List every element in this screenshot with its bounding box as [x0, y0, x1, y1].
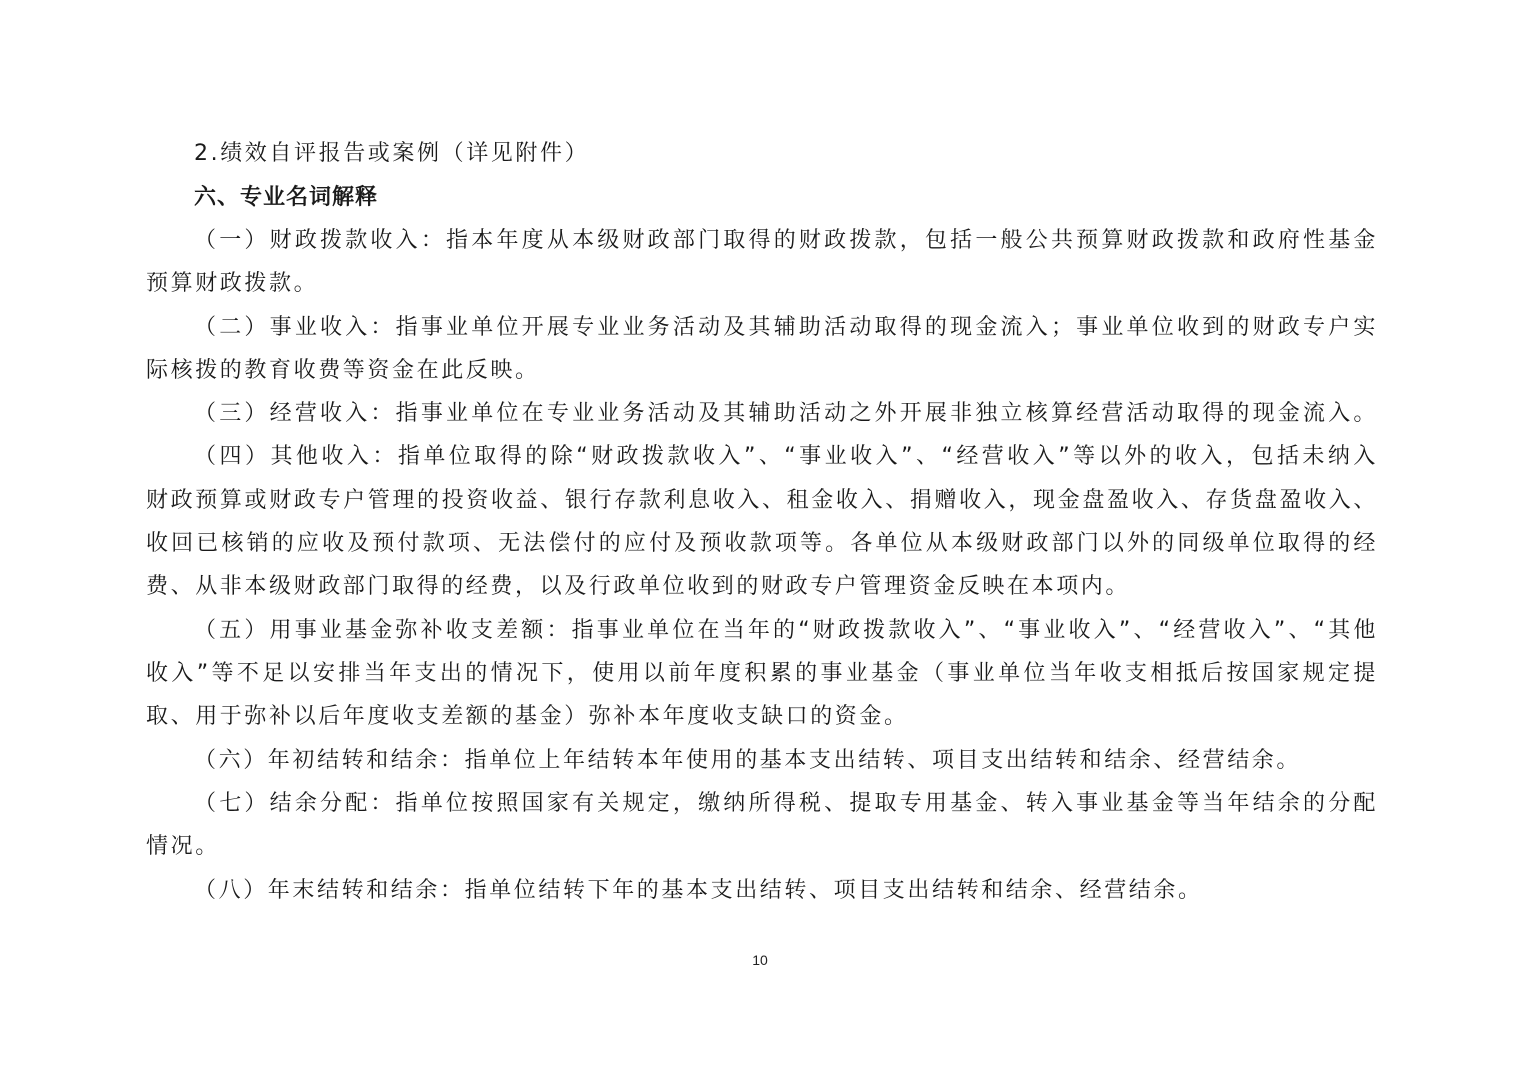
definition-line: 财政预算或财政专户管理的投资收益、银行存款利息收入、租金收入、捐赠收入，现金盘盈…	[146, 486, 1378, 516]
definition-line: 费、从非本级财政部门取得的经费，以及行政单位收到的财政专户管理资金反映在本项内。	[146, 572, 1378, 602]
definition-line: 预算财政拨款。	[146, 269, 1378, 299]
definition-line: 取、用于弥补以后年度收支差额的基金）弥补本年度收支缺口的资金。	[146, 702, 1378, 732]
definition-line: （五）用事业基金弥补收支差额：指事业单位在当年的“财政拨款收入”、“事业收入”、…	[194, 616, 1378, 646]
definition-line: （八）年末结转和结余：指单位结转下年的基本支出结转、项目支出结转和结余、经营结余…	[194, 876, 1378, 906]
definition-line: （三）经营收入：指事业单位在专业业务活动及其辅助活动之外开展非独立核算经营活动取…	[194, 399, 1378, 429]
section-heading: 六、专业名词解释	[194, 183, 1378, 213]
document-page: 2.绩效自评报告或案例（详见附件） 六、专业名词解释 （一）财政拨款收入：指本年…	[0, 0, 1520, 1074]
definition-line: （二）事业收入：指事业单位开展专业业务活动及其辅助活动取得的现金流入；事业单位收…	[194, 313, 1378, 343]
definition-line: （六）年初结转和结余：指单位上年结转本年使用的基本支出结转、项目支出结转和结余、…	[194, 746, 1378, 776]
definition-line: （一）财政拨款收入：指本年度从本级财政部门取得的财政拨款，包括一般公共预算财政拨…	[194, 226, 1378, 256]
definition-line: （四）其他收入：指单位取得的除“财政拨款收入”、“事业收入”、“经营收入”等以外…	[194, 442, 1378, 472]
definition-line: 际核拨的教育收费等资金在此反映。	[146, 356, 1378, 386]
definition-line: 收回已核销的应收及预付款项、无法偿付的应付及预收款项等。各单位从本级财政部门以外…	[146, 529, 1378, 559]
definition-line: （七）结余分配：指单位按照国家有关规定，缴纳所得税、提取专用基金、转入事业基金等…	[194, 789, 1378, 819]
definition-line: 情况。	[146, 832, 1378, 862]
page-number: 10	[0, 952, 1520, 968]
definition-line: 收入”等不足以安排当年支出的情况下，使用以前年度积累的事业基金（事业单位当年收支…	[146, 659, 1378, 689]
attachment-line: 2.绩效自评报告或案例（详见附件）	[194, 139, 1378, 169]
